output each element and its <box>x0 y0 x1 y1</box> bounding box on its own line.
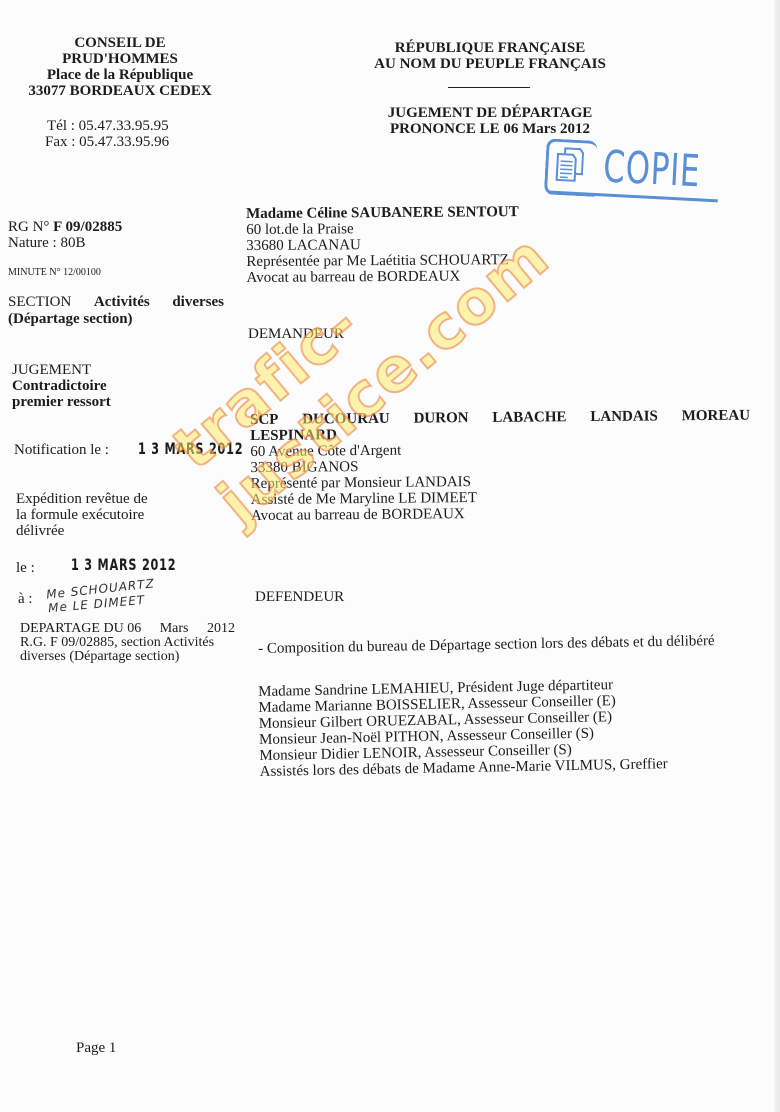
page-edge <box>774 0 780 1112</box>
notification-date-stamp: 1 3 MARS 2012 <box>138 439 243 458</box>
composition-members: Madame Sandrine LEMAHIEU, Président Juge… <box>258 676 668 780</box>
court-header: CONSEIL DE PRUD'HOMMES Place de la Répub… <box>20 35 220 99</box>
judgment-kind2: premier ressort <box>12 394 111 410</box>
judgment-kind1: Contradictoire <box>12 378 111 394</box>
recipient-label: à : <box>18 591 33 608</box>
defendant-name-word: SCP <box>250 412 278 428</box>
composition-heading: - Composition du bureau de Départage sec… <box>258 632 758 657</box>
court-tel: Tél : 05.47.33.95.95 <box>45 118 215 134</box>
departage-reference: DEPARTAGE DU 06 Mars 2012 R.G. F 09/0288… <box>20 622 235 664</box>
minute-number: MINUTE N° 12/00100 <box>8 267 101 278</box>
expedition-block: Expédition revêtue de la formule exécuto… <box>16 491 148 539</box>
section-word1: Activités <box>94 294 150 311</box>
judgment-title: JUGEMENT DE DÉPARTAGE PRONONCE LE 06 Mar… <box>340 105 640 137</box>
documents-icon <box>555 147 585 182</box>
le-label: le : <box>16 560 35 576</box>
header-divider <box>448 87 530 88</box>
plaintiff-represented: Représentée par Me Laétitia SCHOUARTZ <box>246 252 519 270</box>
defendant-name-word: LABACHE <box>492 409 566 426</box>
pronounced-date: PRONONCE LE 06 Mars 2012 <box>340 121 640 137</box>
plaintiff-address2: 33680 LACANAU <box>246 236 519 254</box>
judgment-label: JUGEMENT <box>12 362 111 378</box>
delivery-date-row: le : 1 3 MARS 2012 <box>16 560 35 577</box>
case-number-block: RG N° F 09/02885 Nature : 80B <box>8 219 122 251</box>
case-section: SECTION Activités diverses (Départage se… <box>8 294 224 328</box>
expedition-line2: la formule exécutoire <box>16 507 148 523</box>
court-contact: Tél : 05.47.33.95.95 Fax : 05.47.33.95.9… <box>45 118 215 150</box>
judgment-type: JUGEMENT Contradictoire premier ressort <box>12 362 111 410</box>
plaintiff-role: DEMANDEUR <box>248 326 344 343</box>
case-nature: Nature : 80B <box>8 235 122 251</box>
plaintiff-block: Madame Céline SAUBANERE SENTOUT 60 lot.d… <box>246 204 519 286</box>
section-line2: (Départage section) <box>8 311 224 328</box>
departage-ref-c: 2012 <box>207 622 235 636</box>
rg-label: RG N° <box>8 219 49 235</box>
defendant-bar: Avocat au barreau de BORDEAUX <box>251 504 751 524</box>
departage-ref-a: DEPARTAGE DU 06 <box>20 622 141 636</box>
stamp-label: COPIE <box>602 143 701 196</box>
delivery-date-stamp: 1 3 MARS 2012 <box>71 555 176 574</box>
court-address-line1: Place de la République <box>20 67 220 83</box>
court-fax: Fax : 05.47.33.95.96 <box>45 134 215 150</box>
expedition-line1: Expédition revêtue de <box>16 491 148 507</box>
section-word2: diverses <box>172 294 224 311</box>
section-label: SECTION <box>8 294 71 311</box>
document-page: CONSEIL DE PRUD'HOMMES Place de la Répub… <box>0 0 780 1112</box>
republic-header: RÉPUBLIQUE FRANÇAISE AU NOM DU PEUPLE FR… <box>340 40 640 72</box>
plaintiff-address1: 60 lot.de la Praise <box>246 220 519 238</box>
plaintiff-name: Madame Céline SAUBANERE SENTOUT <box>246 204 519 222</box>
expedition-line3: délivrée <box>16 523 148 539</box>
judgment-title-line: JUGEMENT DE DÉPARTAGE <box>340 105 640 121</box>
notification-label: Notification le : <box>14 442 109 458</box>
rg-number: F 09/02885 <box>53 219 122 235</box>
defendant-name-word: DUCOURAU <box>302 411 390 428</box>
departage-ref-line2: R.G. F 09/02885, section Activités <box>20 636 235 650</box>
page-number: Page 1 <box>76 1040 116 1057</box>
departage-ref-b: Mars <box>160 622 189 636</box>
republic-line1: RÉPUBLIQUE FRANÇAISE <box>340 40 640 56</box>
departage-ref-line3: diverses (Départage section) <box>20 650 235 664</box>
defendant-name-word: DURON <box>413 410 468 426</box>
court-name-line2: PRUD'HOMMES <box>20 51 220 67</box>
defendant-block: SCP DUCOURAU DURON LABACHE LANDAIS MOREA… <box>250 408 751 524</box>
defendant-name-word: LANDAIS <box>590 408 658 425</box>
defendant-name-word: MOREAU <box>682 408 750 425</box>
court-address-line2: 33077 BORDEAUX CEDEX <box>20 83 220 99</box>
defendant-role: DEFENDEUR <box>255 589 344 606</box>
court-name-line1: CONSEIL DE <box>20 35 220 51</box>
notification-row: Notification le : 1 3 MARS 2012 <box>14 442 109 459</box>
copy-stamp: COPIE <box>543 138 726 211</box>
republic-line2: AU NOM DU PEUPLE FRANÇAIS <box>340 56 640 72</box>
plaintiff-bar: Avocat au barreau de BORDEAUX <box>246 268 519 286</box>
